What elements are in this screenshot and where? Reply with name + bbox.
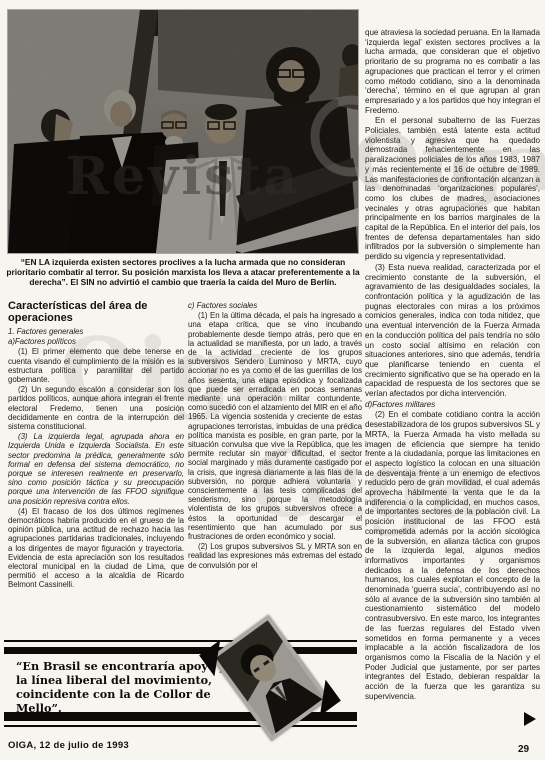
article-subheading: d)Factores militares — [365, 400, 540, 410]
article-subheading: a)Factores políticos — [8, 337, 184, 346]
footer-publication-date: OIGA, 12 de julio de 1993 — [8, 740, 129, 751]
article-paragraph: que atraviesa la sociedad peruana. En la… — [365, 28, 540, 115]
crowd-photo-illustration: Revista — [8, 10, 358, 253]
page-number: 29 — [518, 744, 529, 755]
article-paragraph: (2) En el combate cotidiano contra la ac… — [365, 410, 540, 701]
photo-caption: “EN LA izquierda existen sectores procli… — [6, 258, 360, 287]
news-photo: Revista — [8, 10, 358, 253]
continued-arrow-icon — [524, 712, 536, 726]
article-column-1: Características del área de operaciones1… — [8, 300, 184, 638]
article-paragraph: (1) El primer elemento que debe tenerse … — [8, 347, 184, 384]
article-paragraph: (2) Los grupos subversivos SL y MRTA son… — [188, 542, 362, 570]
article-subheading: c) Factores sociales — [188, 301, 362, 310]
article-column-2: c) Factores sociales(1) En la última déc… — [188, 300, 362, 634]
article-subheading: 1. Factores generales — [8, 327, 184, 336]
quote-rule-thick-top — [4, 647, 357, 654]
article-paragraph: (1) En la última década, el país ha ingr… — [188, 311, 362, 541]
article-paragraph: En el personal subalterno de las Fuerzas… — [365, 116, 540, 262]
quote-rule-thin-top — [4, 640, 357, 642]
article-paragraph: (4) El fracaso de los dos últimos regíme… — [8, 507, 184, 590]
article-heading: Características del área de operaciones — [8, 300, 184, 324]
photo-grain-overlay — [8, 10, 358, 253]
article-paragraph: (3) Esta nueva realidad, caracterizada p… — [365, 263, 540, 399]
article-column-3: que atraviesa la sociedad peruana. En la… — [365, 28, 540, 742]
article-paragraph: (2) Un segundo escalón a considerar son … — [8, 385, 184, 431]
magazine-page: Revista “EN LA izquierda existen sectore… — [0, 0, 545, 760]
quote-rule-thin-bottom — [4, 725, 357, 727]
article-paragraph: (3) La izquierda legal, agrupada ahora e… — [8, 432, 184, 506]
